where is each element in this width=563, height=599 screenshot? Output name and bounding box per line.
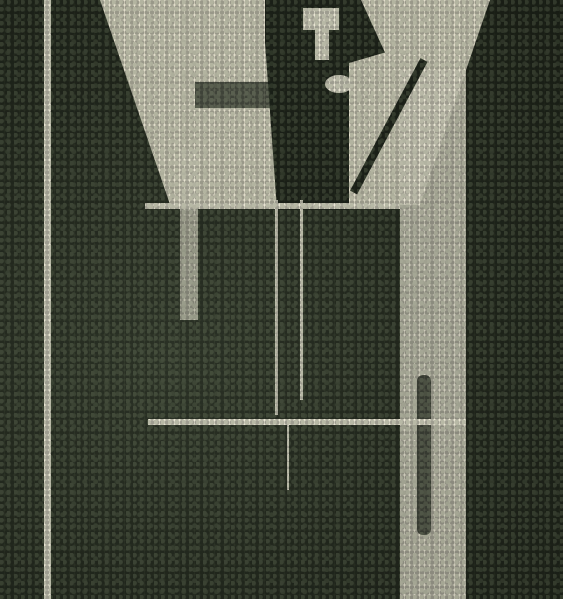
photograph [0,0,563,599]
film-grain [0,0,563,599]
